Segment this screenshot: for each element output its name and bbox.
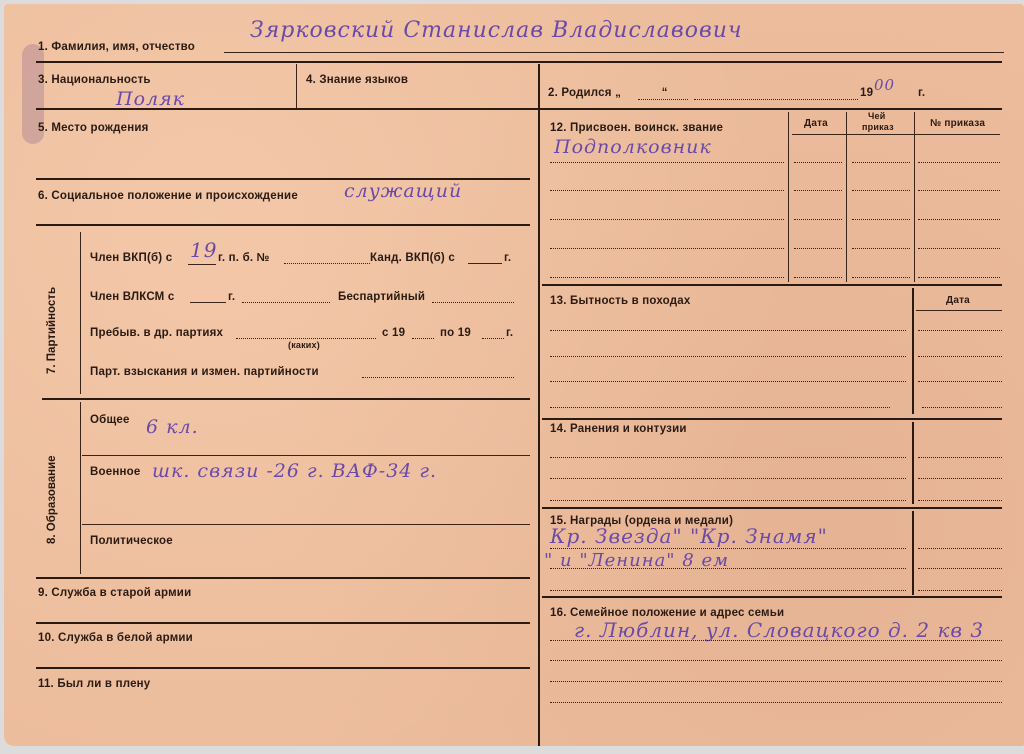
other-from: с 19 — [382, 327, 405, 339]
cand-suffix: г. — [504, 252, 511, 264]
field-1-label: 1. Фамилия, имя, отчество — [38, 41, 195, 53]
divider — [36, 224, 530, 226]
divider — [36, 577, 530, 579]
field-4-label: 4. Знание языков — [306, 74, 408, 86]
field-14-label: 14. Ранения и контузии — [550, 423, 687, 435]
edu-military-label: Военное — [90, 466, 140, 478]
divider — [80, 232, 81, 394]
divider — [542, 507, 1002, 509]
edu-political-label: Политическое — [90, 535, 173, 547]
divider — [296, 64, 297, 108]
cand-label: Канд. ВКП(б) с — [370, 252, 455, 264]
edu-general-label: Общее — [90, 414, 130, 426]
vkpb-label: Член ВКП(б) с — [90, 252, 172, 264]
edu-military-value: шк. связи -26 г. ВАФ-34 г. — [152, 460, 437, 482]
other-to: по 19 — [440, 327, 471, 339]
vkpb-suffix: г. п. б. № — [218, 252, 270, 264]
field-12-value: Подполковник — [554, 136, 712, 158]
column-divider — [538, 64, 540, 746]
field-6-value: служащий — [344, 180, 462, 202]
col-whose-1: Чей — [868, 111, 885, 121]
other-parties-hint: (каких) — [288, 340, 320, 350]
col-date: Дата — [804, 118, 828, 129]
divider — [42, 398, 530, 400]
field-1-line — [224, 52, 1004, 53]
field-15-value-line-1: Кр. Звезда" "Кр. Знамя" — [550, 524, 828, 548]
birth-year-value: 00 — [874, 76, 895, 94]
personnel-record-card: 1. Фамилия, имя, отчество Зярковский Ста… — [4, 4, 1024, 746]
col-order-number: № приказа — [930, 118, 985, 129]
field-11-label: 11. Был ли в плену — [38, 678, 150, 690]
col-whose-2: приказ — [862, 122, 894, 132]
section-8-label: 8. Образование — [46, 455, 58, 544]
divider — [36, 622, 530, 624]
divider — [36, 108, 1002, 110]
edu-general-value: 6 кл. — [146, 416, 199, 438]
field-13-col-date: Дата — [946, 295, 970, 306]
other-suffix: г. — [506, 327, 513, 339]
field-9-label: 9. Служба в старой армии — [38, 587, 191, 599]
divider — [542, 596, 1002, 598]
field-16-value: г. Люблин, ул. Словацкого д. 2 кв 3 — [574, 618, 984, 642]
section-7-label: 7. Партийность — [46, 287, 58, 374]
penalties-label: Парт. взыскания и измен. партийности — [90, 366, 319, 378]
divider — [82, 455, 530, 456]
field-10-label: 10. Служба в белой армии — [38, 632, 193, 644]
vlksm-suffix: г. — [228, 291, 235, 303]
divider — [542, 284, 1002, 286]
field-2-label: 2. Родился „ “ — [548, 87, 668, 99]
divider — [80, 402, 81, 574]
field-5-label: 5. Место рождения — [38, 122, 149, 134]
divider — [36, 667, 530, 669]
field-3-label: 3. Национальность — [38, 74, 151, 86]
vlksm-label: Член ВЛКСМ с — [90, 291, 174, 303]
other-parties-label: Пребыв. в др. партиях — [90, 327, 223, 339]
field-6-label: 6. Социальное положение и происхождение — [38, 190, 298, 202]
divider — [82, 524, 530, 525]
divider — [36, 61, 1002, 63]
birth-year-prefix: 19 — [860, 87, 873, 99]
birth-year-suffix: г. — [918, 87, 925, 99]
vkpb-year: 19 — [190, 238, 217, 262]
field-12-label: 12. Присвоен. воинск. звание — [550, 122, 723, 134]
divider — [542, 418, 1002, 420]
nonparty-label: Беспартийный — [338, 291, 425, 303]
field-13-label: 13. Бытность в походах — [550, 295, 690, 307]
field-3-value: Поляк — [116, 88, 185, 110]
field-1-value: Зярковский Станислав Владиславович — [250, 18, 743, 43]
